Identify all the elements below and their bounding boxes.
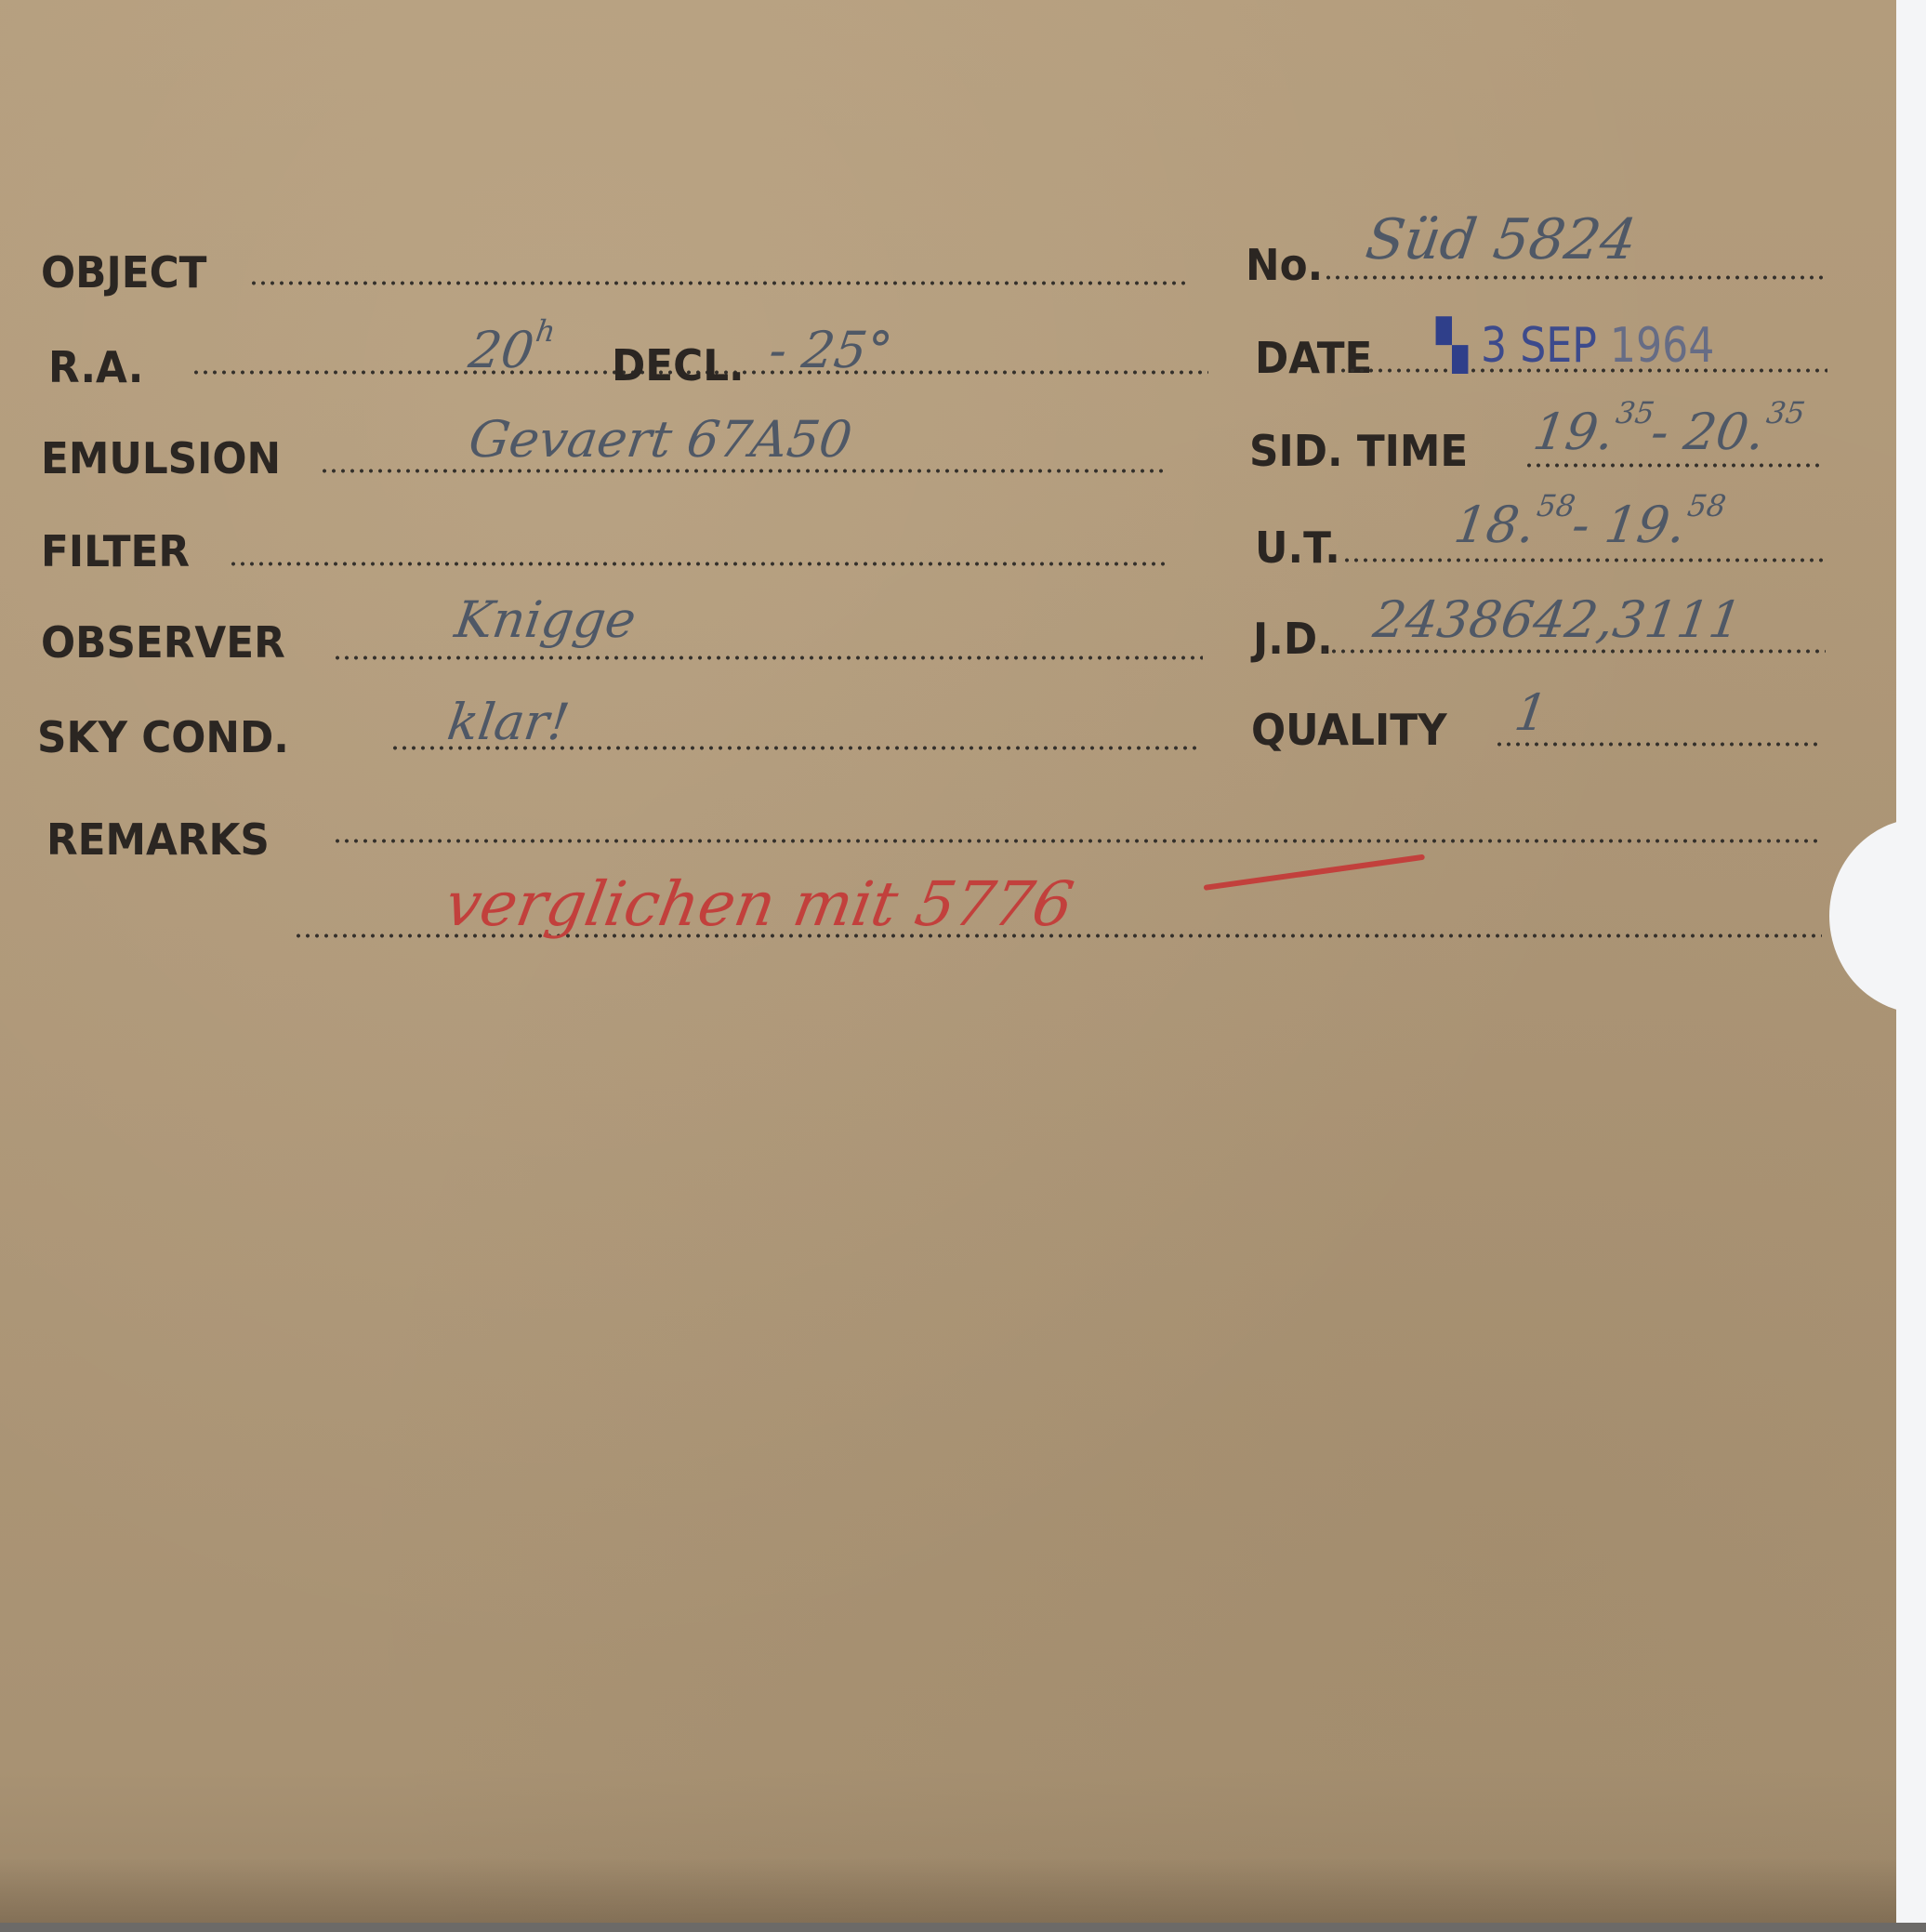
sky-cond-label: SKY COND. xyxy=(37,716,289,759)
sid-time-value: 19.35- 20.35 xyxy=(1530,407,1805,457)
emulsion-label: EMULSION xyxy=(41,437,281,480)
remarks-label: REMARKS xyxy=(46,818,270,861)
quality-label: QUALITY xyxy=(1251,708,1447,751)
jd-field-line[interactable] xyxy=(1320,649,1826,654)
ut-label: U.T. xyxy=(1255,526,1340,569)
filter-field-line[interactable] xyxy=(229,562,1166,566)
date-stamp: ▚ 3 SEP 1964 xyxy=(1436,322,1714,370)
ut-value: 18.58- 19.58 xyxy=(1451,500,1726,550)
object-label: OBJECT xyxy=(41,251,206,294)
sid-time-field-line[interactable] xyxy=(1524,463,1822,468)
decl-label: DECL. xyxy=(612,344,745,387)
ra-label: R.A. xyxy=(48,346,143,389)
observer-field-line[interactable] xyxy=(333,655,1203,660)
date-label: DATE xyxy=(1255,337,1372,379)
decl-value: - 25° xyxy=(766,325,895,376)
quality-field-line[interactable] xyxy=(1495,742,1820,747)
stamp-mark-icon: ▚ xyxy=(1436,318,1468,374)
remarks-dash xyxy=(1204,854,1425,891)
scan-edge xyxy=(0,1923,1926,1932)
number-value: Süd 5824 xyxy=(1363,212,1640,268)
number-field-line[interactable] xyxy=(1324,275,1826,280)
remarks-line-1[interactable] xyxy=(333,839,1820,843)
jd-label: J.D. xyxy=(1253,617,1333,660)
sid-time-label: SID. TIME xyxy=(1249,430,1468,472)
object-field-line[interactable] xyxy=(249,281,1190,285)
paper-shadow xyxy=(0,1858,1896,1923)
plate-envelope: OBJECT R.A. 20h DECL. - 25° EMULSION Gev… xyxy=(0,0,1896,1923)
quality-value: 1 xyxy=(1511,688,1550,738)
observer-label: OBSERVER xyxy=(41,621,285,664)
filter-label: FILTER xyxy=(41,530,190,573)
number-label: No. xyxy=(1246,244,1323,286)
jd-value: 2438642,3111 xyxy=(1370,595,1745,645)
sky-cond-value: klar! xyxy=(444,697,572,748)
emulsion-field-line[interactable] xyxy=(320,469,1167,473)
ra-value: 20h xyxy=(466,325,556,376)
emulsion-value: Gevaert 67A50 xyxy=(466,415,854,465)
observer-value: Knigge xyxy=(452,595,639,645)
ut-field-line[interactable] xyxy=(1342,558,1824,562)
remarks-value: verglichen mit 5776 xyxy=(441,874,1077,935)
